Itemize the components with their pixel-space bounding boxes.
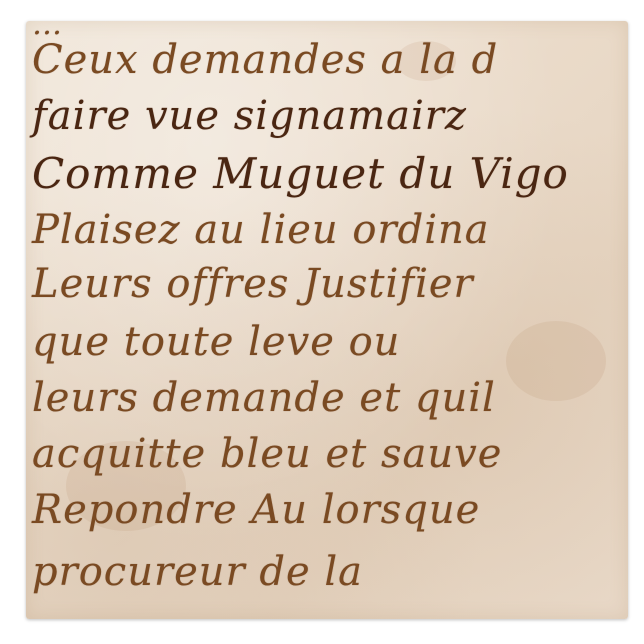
handwriting-line: Leurs offres Justifier — [32, 261, 474, 307]
handwriting-line: leurs demande et quil — [32, 375, 496, 421]
handwriting-line: Comme Muguet du Vigo — [32, 149, 569, 198]
handwriting-line: Repondre Au lorsque — [32, 487, 480, 533]
handwriting-line: Ceux demandes a la d — [32, 37, 498, 83]
handwriting-line: que toute leve ou — [32, 319, 400, 365]
handwriting-line: procureur de la — [32, 549, 363, 595]
handwriting-line: Plaisez au lieu ordina — [32, 207, 490, 253]
handwriting-line: faire vue signamairz — [32, 93, 467, 139]
handwritten-tile: …Ceux demandes a la dfaire vue signamair… — [26, 21, 628, 619]
stain — [506, 321, 606, 401]
handwriting-line: acquitte bleu et sauve — [32, 431, 502, 477]
